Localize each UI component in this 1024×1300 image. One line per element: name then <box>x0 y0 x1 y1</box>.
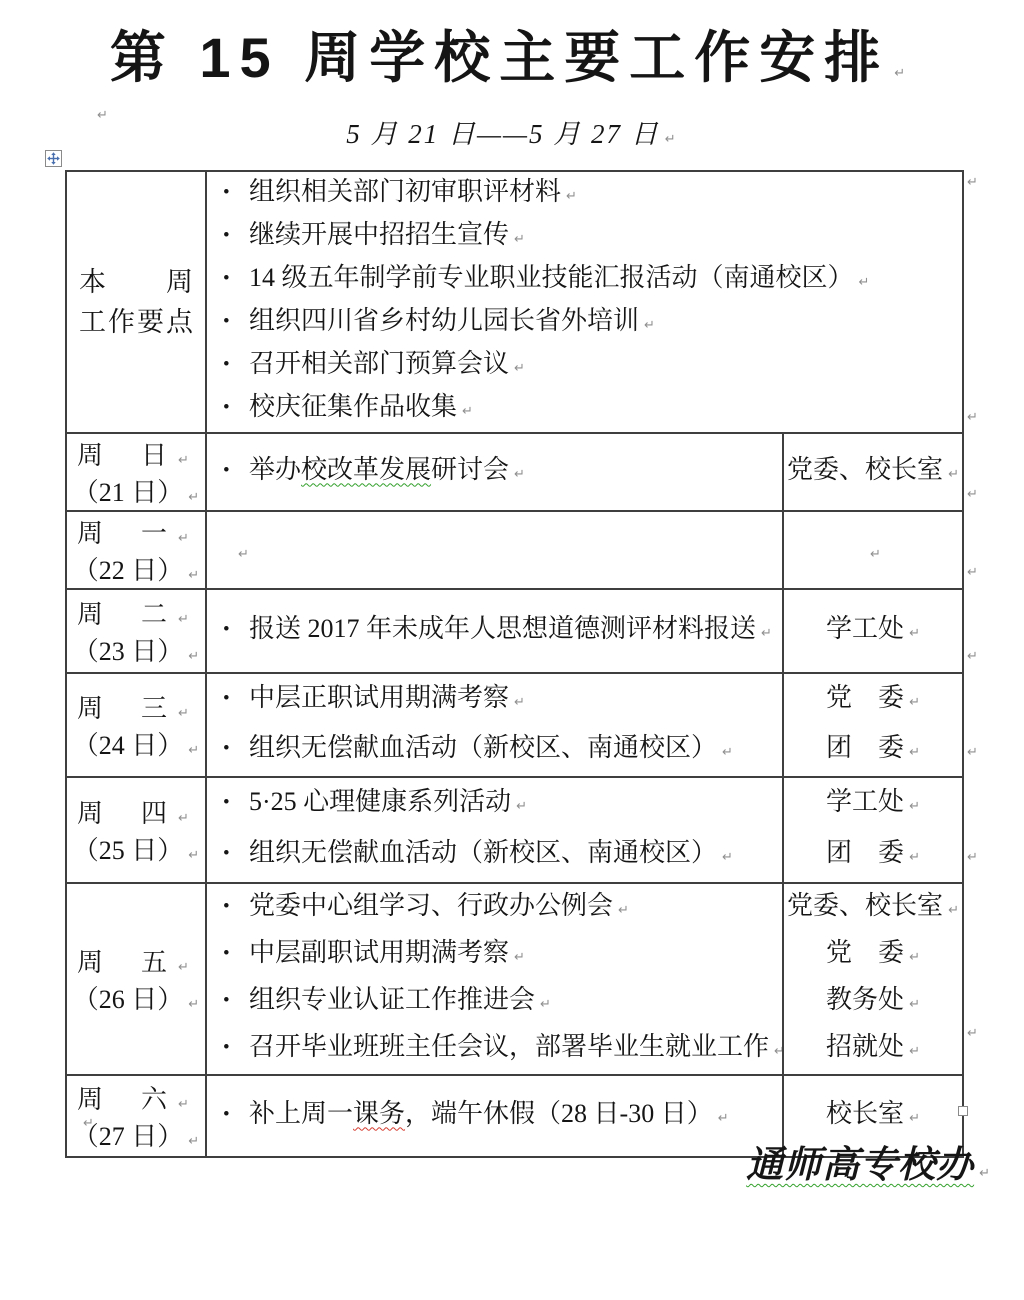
paragraph-mark-icon: ↵ <box>909 626 920 641</box>
date-label: （26 日）↵ <box>68 979 204 1016</box>
task-item: •组织无偿献血活动（新校区、南通校区）↵ <box>223 725 781 775</box>
task-cell: •党委中心组学习、行政办公例会↵•中层副职试用期满考察↵•组织专业认证工作推进会… <box>206 883 783 1075</box>
paragraph-mark-icon: ↵ <box>462 404 473 419</box>
paragraph-mark-icon: ↵ <box>967 565 978 580</box>
paragraph-mark-icon: ↵ <box>516 799 527 814</box>
bullet-icon: • <box>223 933 249 975</box>
task-text: 报送 2017 年未成年人思想道德测评材料报送 <box>249 614 756 643</box>
task-item: •召开毕业班班主任会议，部署毕业生就业工作↵ <box>223 1026 781 1073</box>
paragraph-mark-icon: ↵ <box>909 1111 920 1126</box>
table-row: 周 五↵（26 日）↵•党委中心组学习、行政办公例会↵•中层副职试用期满考察↵•… <box>66 883 963 1075</box>
table-row: 本 周工作要点•组织相关部门初审职评材料↵•继续开展中招招生宣传↵•14 级五年… <box>66 171 963 433</box>
page-title: 第 15 周学校主要工作安排↵ <box>0 14 1024 94</box>
paragraph-mark-icon: ↵ <box>967 850 978 865</box>
schedule-table: 本 周工作要点•组织相关部门初审职评材料↵•继续开展中招招生宣传↵•14 级五年… <box>65 170 964 1158</box>
task-text: 召开毕业班班主任会议，部署毕业生就业工作 <box>249 1032 769 1061</box>
paragraph-mark-icon: ↵ <box>238 547 249 562</box>
department-label: 团 委↵ <box>785 725 961 775</box>
bullet-icon: • <box>223 980 249 1022</box>
paragraph-mark-icon: ↵ <box>894 66 914 81</box>
bullet-icon: • <box>223 831 249 877</box>
paragraph-mark-icon: ↵ <box>178 453 195 468</box>
paragraph-mark-icon: ↵ <box>909 997 920 1012</box>
bullet-icon: • <box>223 452 249 490</box>
page-title-text: 第 15 周学校主要工作安排 <box>110 26 889 89</box>
paragraph-mark-icon: ↵ <box>188 490 199 505</box>
department-cell: 学工处↵ <box>783 589 963 673</box>
task-cell: •报送 2017 年未成年人思想道德测评材料报送↵ <box>206 589 783 673</box>
day-label: 周 三↵ <box>68 688 204 725</box>
task-item: •5·25 心理健康系列活动↵ <box>223 779 781 830</box>
paragraph-mark-icon: ↵ <box>514 950 525 965</box>
paragraph-mark-icon: ↵ <box>514 695 525 710</box>
day-label: 周 二↵ <box>68 594 204 631</box>
date-range: 5 月 21 日——5 月 27 日↵ <box>0 112 1024 151</box>
department-label: 校长室↵ <box>785 1095 961 1138</box>
day-label: 周 五↵ <box>68 942 204 979</box>
task-cell: ↵ <box>206 511 783 589</box>
day-label: 周 日↵ <box>68 435 204 472</box>
paragraph-mark-icon: ↵ <box>514 361 525 376</box>
day-cell: 周 三↵（24 日）↵ <box>66 673 206 777</box>
paragraph-mark-icon: ↵ <box>188 997 199 1012</box>
task-item: •召开相关部门预算会议↵ <box>223 345 961 388</box>
paragraph-mark-icon: ↵ <box>967 175 978 190</box>
paragraph-mark-icon: ↵ <box>178 531 195 546</box>
task-text: 校庆征集作品收集 <box>249 392 457 421</box>
task-text: 补上周一课务，端午休假（28 日-30 日） <box>249 1099 713 1128</box>
bullet-icon: • <box>223 611 249 649</box>
paragraph-mark-icon: ↵ <box>761 626 772 641</box>
bullet-icon: • <box>223 303 249 341</box>
date-label: （23 日）↵ <box>68 631 204 668</box>
task-text: 组织专业认证工作推进会 <box>249 985 535 1014</box>
table-row: 周 二↵（23 日）↵•报送 2017 年未成年人思想道德测评材料报送↵学工处↵ <box>66 589 963 673</box>
table-move-handle-icon[interactable] <box>45 150 62 167</box>
paragraph-mark-icon: ↵ <box>722 850 733 865</box>
paragraph-mark-icon: ↵ <box>909 950 920 965</box>
bullet-icon: • <box>223 1027 249 1069</box>
date-range-text: 5 月 21 日——5 月 27 日 <box>346 119 660 149</box>
task-text: 中层副职试用期满考察 <box>249 938 509 967</box>
paragraph-mark-icon: ↵ <box>178 811 195 826</box>
signature: 通师高专校办 <box>746 1142 974 1186</box>
table-row: 周 四↵（25 日）↵•5·25 心理健康系列活动↵•组织无偿献血活动（新校区、… <box>66 777 963 883</box>
day-label: 周 六↵ <box>68 1079 204 1116</box>
spellcheck-underline: 校改革发展 <box>301 455 431 484</box>
task-text: 党委中心组学习、行政办公例会 <box>249 891 613 920</box>
bullet-icon: • <box>223 1096 249 1134</box>
paragraph-mark-icon: ↵ <box>566 189 577 204</box>
task-cell: •中层正职试用期满考察↵•组织无偿献血活动（新校区、南通校区）↵ <box>206 673 783 777</box>
empty-task-cell: ↵ <box>223 535 781 565</box>
paragraph-mark-icon: ↵ <box>909 799 920 814</box>
signature-block: 通师高专校办↵ <box>746 1134 990 1188</box>
bullet-icon: • <box>223 260 249 298</box>
task-item: •继续开展中招招生宣传↵ <box>223 216 961 259</box>
paragraph-mark-icon: ↵ <box>979 1166 990 1181</box>
task-text: 举办校改革发展研讨会 <box>249 455 509 484</box>
paragraph-mark-icon: ↵ <box>97 108 108 123</box>
task-item: •校庆征集作品收集↵ <box>223 388 961 431</box>
paragraph-mark-icon: ↵ <box>722 745 733 760</box>
department-label: 党委、校长室↵ <box>785 885 961 932</box>
day-cell: 周 日↵（21 日）↵ <box>66 433 206 511</box>
paragraph-mark-icon: ↵ <box>178 706 195 721</box>
day-cell: 周 五↵（26 日）↵ <box>66 883 206 1075</box>
task-cell: •5·25 心理健康系列活动↵•组织无偿献血活动（新校区、南通校区）↵ <box>206 777 783 883</box>
summary-content-cell: •组织相关部门初审职评材料↵•继续开展中招招生宣传↵•14 级五年制学前专业职业… <box>206 171 963 433</box>
paragraph-mark-icon: ↵ <box>967 410 978 425</box>
paragraph-mark-icon: ↵ <box>178 960 195 975</box>
task-item: •报送 2017 年未成年人思想道德测评材料报送↵ <box>223 610 781 653</box>
table-row: 周 日↵（21 日）↵•举办校改革发展研讨会↵党委、校长室↵ <box>66 433 963 511</box>
task-item: •组织四川省乡村幼儿园长省外培训↵ <box>223 302 961 345</box>
task-item: •党委中心组学习、行政办公例会↵ <box>223 885 781 932</box>
task-text: 组织无偿献血活动（新校区、南通校区） <box>249 838 717 867</box>
paragraph-mark-icon: ↵ <box>774 1044 783 1059</box>
summary-label-line: 本 周 <box>79 262 193 302</box>
paragraph-mark-icon: ↵ <box>909 1044 920 1059</box>
task-text: 组织无偿献血活动（新校区、南通校区） <box>249 733 717 762</box>
task-item: •组织相关部门初审职评材料↵ <box>223 173 961 216</box>
paragraph-mark-icon: ↵ <box>188 649 199 664</box>
paragraph-mark-icon: ↵ <box>188 848 199 863</box>
day-cell: 周 二↵（23 日）↵ <box>66 589 206 673</box>
department-label: 招就处↵ <box>785 1026 961 1073</box>
paragraph-mark-icon: ↵ <box>188 568 199 583</box>
department-cell: ↵ <box>783 511 963 589</box>
bullet-icon: • <box>223 217 249 255</box>
department-cell: 党委、校长室↵ <box>783 433 963 511</box>
paragraph-mark-icon: ↵ <box>967 487 978 502</box>
paragraph-mark-icon: ↵ <box>514 467 525 482</box>
table-resize-handle[interactable] <box>958 1106 968 1116</box>
task-text: 组织相关部门初审职评材料 <box>249 177 561 206</box>
paragraph-mark-icon: ↵ <box>909 850 920 865</box>
bullet-icon: • <box>223 676 249 721</box>
paragraph-mark-icon: ↵ <box>967 1026 978 1041</box>
paragraph-mark-icon: ↵ <box>909 695 920 710</box>
paragraph-mark-icon: ↵ <box>718 1111 729 1126</box>
paragraph-mark-icon: ↵ <box>618 903 629 918</box>
department-label: 党 委↵ <box>785 675 961 725</box>
day-cell: 周 四↵（25 日）↵ <box>66 777 206 883</box>
task-item: •组织专业认证工作推进会↵ <box>223 979 781 1026</box>
paragraph-mark-icon: ↵ <box>967 649 978 664</box>
task-text: 召开相关部门预算会议 <box>249 349 509 378</box>
paragraph-mark-icon: ↵ <box>948 903 959 918</box>
spellcheck-underline: 课务 <box>353 1099 405 1128</box>
task-item: •举办校改革发展研讨会↵ <box>223 451 781 494</box>
paragraph-mark-icon: ↵ <box>178 1097 195 1112</box>
paragraph-mark-icon: ↵ <box>644 318 655 333</box>
task-text: 5·25 心理健康系列活动 <box>249 787 511 816</box>
task-text: 14 级五年制学前专业职业技能汇报活动（南通校区） <box>249 263 854 292</box>
department-label: 党委、校长室↵ <box>785 451 961 494</box>
task-text: 中层正职试用期满考察 <box>249 683 509 712</box>
task-item: •中层副职试用期满考察↵ <box>223 932 781 979</box>
paragraph-mark-icon: ↵ <box>948 467 959 482</box>
paragraph-mark-icon: ↵ <box>188 1134 199 1149</box>
date-label: （22 日）↵ <box>68 550 204 587</box>
department-cell: 学工处↵团 委↵ <box>783 777 963 883</box>
summary-label-cell: 本 周工作要点 <box>66 171 206 433</box>
bullet-icon: • <box>223 886 249 928</box>
day-label: 周 四↵ <box>68 793 204 830</box>
day-cell: 周 一↵（22 日）↵ <box>66 511 206 589</box>
document-page: 第 15 周学校主要工作安排↵ 5 月 21 日——5 月 27 日↵ ↵ 本 … <box>0 0 1024 1300</box>
bullet-icon: • <box>223 174 249 212</box>
date-label: （25 日）↵ <box>68 830 204 867</box>
department-label: 教务处↵ <box>785 979 961 1026</box>
paragraph-mark-icon: ↵ <box>967 745 978 760</box>
bullet-icon: • <box>223 389 249 427</box>
paragraph-mark-icon: ↵ <box>188 743 199 758</box>
summary-label-line: 工作要点 <box>79 302 193 342</box>
paragraph-mark-icon: ↵ <box>859 275 870 290</box>
department-label: 学工处↵ <box>785 610 961 653</box>
task-item: •中层正职试用期满考察↵ <box>223 675 781 725</box>
paragraph-mark-icon: ↵ <box>178 612 195 627</box>
date-label: （21 日）↵ <box>68 472 204 509</box>
table-row: 周 三↵（24 日）↵•中层正职试用期满考察↵•组织无偿献血活动（新校区、南通校… <box>66 673 963 777</box>
date-label: （24 日）↵ <box>68 725 204 762</box>
department-label: 团 委↵ <box>785 830 961 881</box>
day-label: 周 一↵ <box>68 513 204 550</box>
bullet-icon: • <box>223 726 249 771</box>
task-cell: •举办校改革发展研讨会↵ <box>206 433 783 511</box>
department-cell: 党委、校长室↵党 委↵教务处↵招就处↵ <box>783 883 963 1075</box>
paragraph-mark-icon: ↵ <box>514 232 525 247</box>
bullet-icon: • <box>223 780 249 826</box>
bullet-icon: • <box>223 346 249 384</box>
paragraph-mark-icon: ↵ <box>83 1116 94 1131</box>
paragraph-mark-icon: ↵ <box>665 132 678 147</box>
department-label: 党 委↵ <box>785 932 961 979</box>
paragraph-mark-icon: ↵ <box>909 745 920 760</box>
department-label: 学工处↵ <box>785 779 961 830</box>
task-text: 组织四川省乡村幼儿园长省外培训 <box>249 306 639 335</box>
task-cell: •补上周一课务，端午休假（28 日-30 日）↵ <box>206 1075 783 1157</box>
task-item: •补上周一课务，端午休假（28 日-30 日）↵ <box>223 1095 781 1138</box>
paragraph-mark-icon: ↵ <box>870 547 881 562</box>
task-item: •14 级五年制学前专业职业技能汇报活动（南通校区）↵ <box>223 259 961 302</box>
department-cell: 党 委↵团 委↵ <box>783 673 963 777</box>
task-item: •组织无偿献血活动（新校区、南通校区）↵ <box>223 830 781 881</box>
table-row: 周 一↵（22 日）↵↵↵ <box>66 511 963 589</box>
task-text: 继续开展中招招生宣传 <box>249 220 509 249</box>
paragraph-mark-icon: ↵ <box>540 997 551 1012</box>
